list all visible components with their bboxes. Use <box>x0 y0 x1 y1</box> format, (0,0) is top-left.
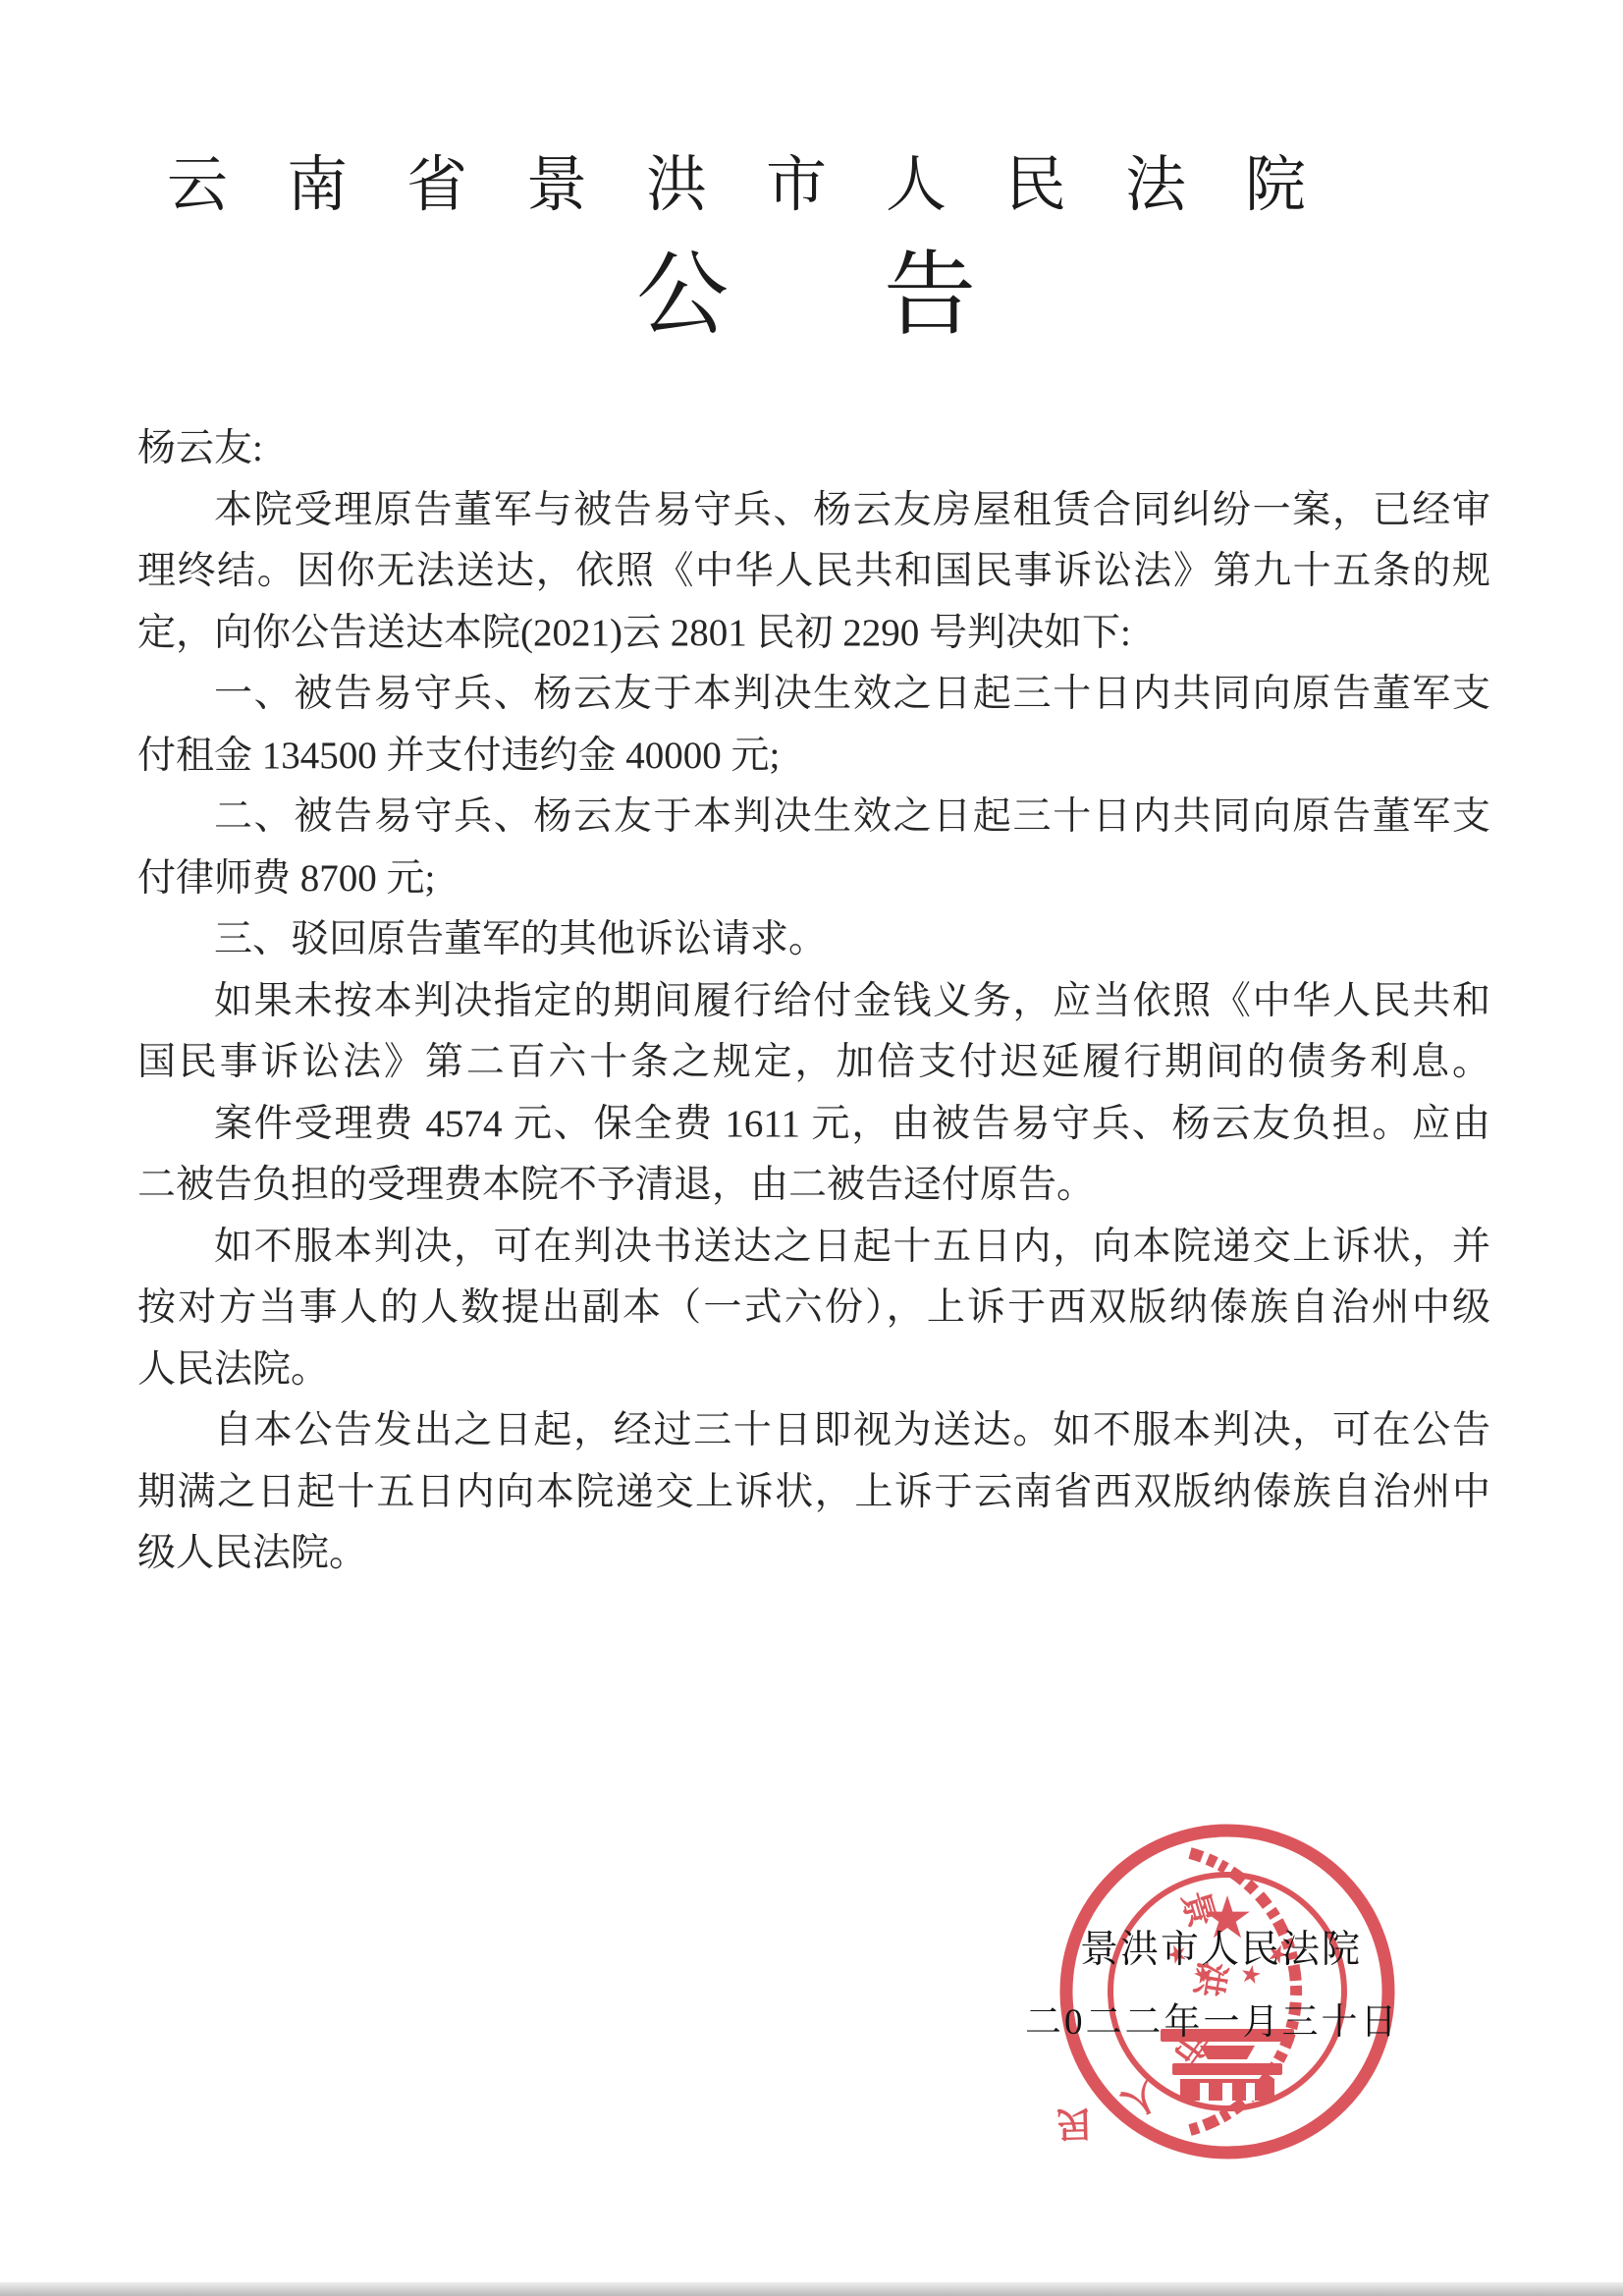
announcement-body: 杨云友: 本院受理原告董军与被告易守兵、杨云友房屋租赁合同纠纷一案，已经审 理终… <box>137 418 1490 1585</box>
body-line: 定，向你公告送达本院(2021)云 2801 民初 2290 号判决如下: <box>137 603 1490 665</box>
scan-edge-artifact <box>0 2282 1623 2296</box>
salutation: 杨云友: <box>137 418 1490 480</box>
body-line: 级人民法院。 <box>137 1523 1490 1585</box>
court-announcement-page: 云南省景洪市人民法院 公告 杨云友: 本院受理原告董军与被告易守兵、杨云友房屋租… <box>0 0 1623 2296</box>
issue-date: 二0二二年一月三十日 <box>1025 1992 1400 2045</box>
body-line: 人民法院。 <box>137 1339 1490 1401</box>
court-title: 云南省景洪市人民法院 <box>167 136 1365 223</box>
body-line: 期满之日起十五日内向本院递交上诉状，上诉于云南省西双版纳傣族自治州中 <box>137 1462 1490 1524</box>
body-line: 付律师费 8700 元; <box>137 848 1490 910</box>
body-line: 本院受理原告董军与被告易守兵、杨云友房屋租赁合同纠纷一案，已经审 <box>137 480 1490 542</box>
body-line: 自本公告发出之日起，经过三十日即视为送达。如不服本判决，可在公告 <box>137 1400 1490 1462</box>
announcement-title: 公告 <box>636 220 1131 353</box>
body-line: 理终结。因你无法送达，依照《中华人民共和国民事诉讼法》第九十五条的规 <box>137 541 1490 603</box>
body-line: 一、被告易守兵、杨云友于本判决生效之日起三十日内共同向原告董军支 <box>137 664 1490 726</box>
body-line: 二被告负担的受理费本院不予清退，由二被告迳付原告。 <box>137 1155 1490 1217</box>
body-line: 如不服本判决，可在判决书送达之日起十五日内，向本院递交上诉状，并 <box>137 1217 1490 1279</box>
body-line: 如果未按本判决指定的期间履行给付金钱义务，应当依照《中华人民共和 <box>137 971 1490 1033</box>
body-line: 二、被告易守兵、杨云友于本判决生效之日起三十日内共同向原告董军支 <box>137 787 1490 848</box>
court-signature: 景洪市人民法院 <box>1080 1919 1362 1974</box>
body-line: 三、驳回原告董军的其他诉讼请求。 <box>137 909 1490 971</box>
body-line: 案件受理费 4574 元、保全费 1611 元，由被告易守兵、杨云友负担。应由 <box>137 1094 1490 1156</box>
body-line: 国民事诉讼法》第二百六十条之规定，加倍支付迟延履行期间的债务利息。 <box>137 1032 1490 1094</box>
body-line: 按对方当事人的人数提出副本（一式六份），上诉于西双版纳傣族自治州中级 <box>137 1278 1490 1339</box>
body-line: 付租金 134500 并支付违约金 40000 元; <box>137 726 1490 788</box>
